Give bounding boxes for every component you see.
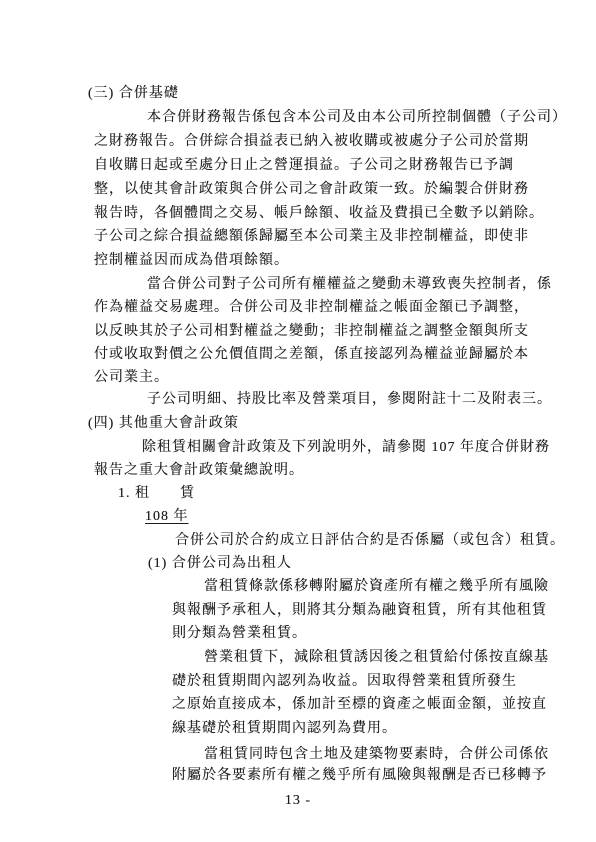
text-line: (三) 合併基礎 [88, 84, 179, 103]
text-line: 報告之重大會計政策彙總說明。 [94, 461, 304, 480]
text-line: 則分類為營業租賃。 [172, 624, 307, 643]
text-line: (1) 合併公司為出租人 [148, 554, 292, 573]
text-line: 自收購日起或至處分日止之營運損益。子公司之財務報告已予調 [94, 156, 514, 175]
text-line: 之財務報告。合併綜合損益表已納入被收購或被處分子公司於當期 [94, 132, 529, 151]
text-line: 除租賃相關會計政策及下列說明外，請參閱 107 年度合併財務 [142, 438, 550, 457]
text-line: 公司業主。 [94, 368, 169, 387]
text-line: 作為權益交易處理。合併公司及非控制權益之帳面金額已予調整， [94, 298, 529, 317]
text-line: 整，以使其會計政策與合併公司之會計政策一致。於編製合併財務 [94, 180, 529, 199]
text-line: 子公司明細、持股比率及營業項目，參閱附註十二及附表三。 [147, 390, 552, 409]
text-line: 付或收取對價之公允價值間之差額，係直接認列為權益並歸屬於本 [94, 345, 529, 364]
text-line: 礎於租賃期間內認列為收益。因取得營業租賃所發生 [172, 672, 517, 691]
text-line: 1. 租 賃 [118, 484, 195, 503]
text-line: 附屬於各要素所有權之幾乎所有風險與報酬是否已移轉予 [172, 766, 547, 785]
text-line: 以反映其於子公司相對權益之變動；非控制權益之調整金額與所支 [94, 322, 529, 341]
text-line: 當租賃條款係移轉附屬於資產所有權之幾乎所有風險 [204, 577, 549, 596]
text-line: 本合併財務報告係包含本公司及由本公司所控制個體（子公司） [147, 108, 567, 127]
text-line: 之原始直接成本，係加計至標的資產之帳面金額，並按直 [172, 695, 547, 714]
text-line: 線基礎於租賃期間內認列為費用。 [172, 719, 397, 738]
text-line: 與報酬予承租人，則將其分類為融資租賃，所有其他租賃 [172, 601, 547, 620]
text-line: 子公司之綜合損益總額係歸屬至本公司業主及非控制權益，即使非 [94, 227, 529, 246]
text-line: 控制權益因而成為借項餘額。 [94, 251, 289, 270]
document-page: (三) 合併基礎本合併財務報告係包含本公司及由本公司所控制個體（子公司）之財務報… [0, 0, 596, 842]
text-line: 營業租賃下，減除租賃誘因後之租賃給付係按直線基 [204, 648, 549, 667]
text-line: 報告時，各個體間之交易、帳戶餘額、收益及費損已全數予以銷除。 [94, 204, 544, 223]
page-number: 13 - [0, 793, 596, 809]
text-line: 合併公司於合約成立日評估合約是否係屬（或包含）租賃。 [175, 531, 565, 550]
text-line: 當租賃同時包含土地及建築物要素時，合併公司係依 [204, 745, 549, 764]
text-line: 108 年 [145, 507, 189, 526]
text-line: 當合併公司對子公司所有權權益之變動未導致喪失控制者，係 [147, 275, 552, 294]
text-line: (四) 其他重大會計政策 [88, 414, 239, 433]
